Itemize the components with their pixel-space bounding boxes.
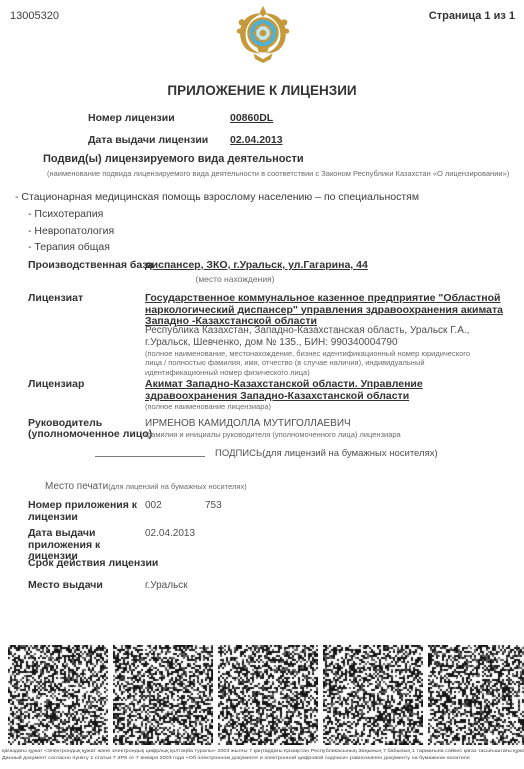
stamp-row: Место печати(для лицензий на бумажных но… (45, 476, 247, 494)
head-name: ИРМЕНОВ КАМИДОЛЛА МУТИГОЛЛАЕВИЧ (145, 418, 507, 430)
licensee-label: Лицензиат (28, 293, 83, 305)
page-title: ПРИЛОЖЕНИЕ К ЛИЦЕНЗИИ (0, 83, 524, 98)
digital-signature-barcode (428, 645, 524, 745)
licensee-note: (полное наименование, местонахождение, б… (145, 349, 480, 377)
production-base-note: (место нахождения) (145, 274, 325, 284)
digital-signature-barcode (323, 645, 423, 745)
footer-legal-ru: Данный документ согласно пункту 1 статьи… (2, 755, 470, 760)
digital-signature-barcode (113, 645, 213, 745)
licensor-label: Лицензиар (28, 379, 84, 391)
attachment-date-value: 02.04.2013 (145, 528, 195, 540)
licensee-address: Республика Казахстан, Западно-Казахстанс… (145, 325, 507, 348)
subtype-item: - Психотерапия (28, 209, 103, 221)
license-number-value: 00860DL (230, 113, 273, 125)
digital-signature-barcode (218, 645, 318, 745)
licensor-note: (полное наименование лицензиара) (145, 402, 485, 411)
licensor-name: Акимат Западно-Казахстанской области. Уп… (145, 379, 507, 402)
stamp-note: (для лицензий на бумажных носителях) (108, 482, 247, 491)
production-base-label: Производственная база (28, 260, 153, 272)
footer-legal-kk: қағаздағы құжат «Электрондық құжат және … (2, 748, 524, 753)
barcode-strip (0, 645, 524, 745)
issue-place-label: Место выдачи (28, 580, 103, 592)
issue-place-value: г.Уральск (145, 580, 188, 592)
document-number: 13005320 (10, 10, 59, 22)
attachment-number-value1: 002 (145, 500, 162, 512)
subtype-item: - Терапия общая (28, 242, 110, 254)
attachment-number-value2: 753 (205, 500, 222, 512)
license-attachment-document: 13005320 Страница 1 из 1 П (0, 0, 524, 769)
attachment-number-label: Номер приложения к лицензии (28, 500, 145, 523)
license-date-value: 02.04.2013 (230, 135, 283, 147)
stamp-label: Место печати (45, 481, 108, 492)
signature-blank-line (95, 448, 205, 457)
signature-label: ПОДПИСЬ(для лицензий на бумажных носител… (215, 448, 438, 459)
digital-signature-barcode (8, 645, 108, 745)
head-note: фамилия и инициалы руководителя (уполном… (145, 430, 485, 439)
licensee-name: Государственное коммунальное казенное пр… (145, 293, 507, 328)
subtype-main-item: - Стационарная медицинская помощь взросл… (15, 192, 515, 204)
production-base-value: диспансер, ЗКО, г.Уральск, ул.Гагарина, … (145, 260, 515, 272)
subtypes-note: (наименование подвида лицензируемого вид… (47, 169, 517, 178)
kazakhstan-emblem-icon (234, 5, 292, 63)
license-date-label: Дата выдачи лицензии (88, 135, 208, 147)
license-number-label: Номер лицензии (88, 113, 175, 125)
subtypes-heading: Подвид(ы) лицензируемого вида деятельнос… (43, 153, 304, 165)
subtype-item: - Невропатология (28, 226, 114, 238)
head-label-line2: (уполномоченное лицо) (28, 429, 152, 441)
license-validity-label: Срок действия лицензии (28, 558, 158, 570)
page-indicator: Страница 1 из 1 (429, 10, 515, 22)
